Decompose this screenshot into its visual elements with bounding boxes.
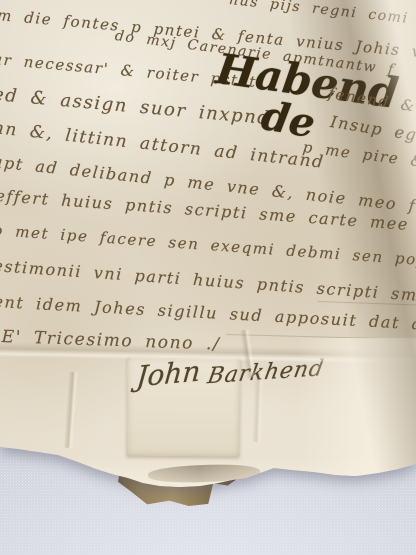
manuscript-date-line: E' Tricesimo nono ./ — [1, 327, 220, 355]
vertical-crease — [63, 372, 78, 449]
ruled-line — [226, 334, 416, 340]
manuscript-photo: nus pijs regni comi m die fontes p pntei… — [0, 0, 416, 555]
torn-edge-smudge — [148, 463, 261, 484]
bottom-edge-highlight — [0, 458, 416, 488]
parchment-deed: nus pijs regni comi m die fontes p pntei… — [0, 0, 416, 492]
signature-first-name: John — [135, 354, 202, 393]
manuscript-line: nus pijs regni comi — [228, 0, 409, 27]
parchment-wrap: nus pijs regni comi m die fontes p pntei… — [0, 0, 416, 555]
